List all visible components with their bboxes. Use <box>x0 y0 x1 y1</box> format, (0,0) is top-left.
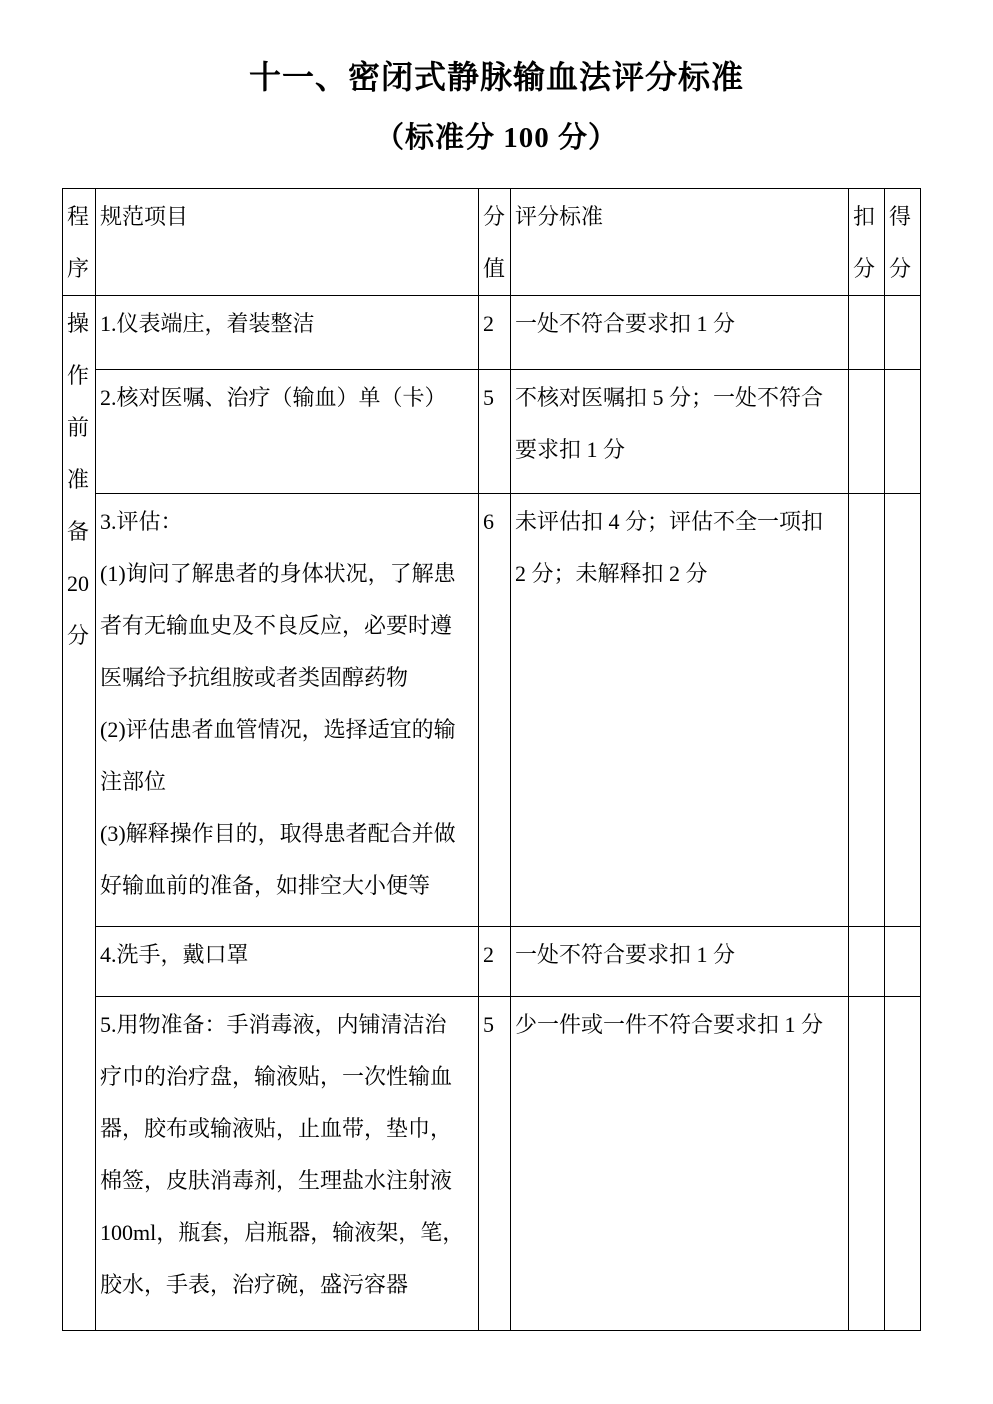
score-value-cell: 6 <box>479 494 511 927</box>
table-row: 4.洗手，戴口罩 2 一处不符合要求扣 1 分 <box>63 927 921 997</box>
gained-cell <box>885 296 921 370</box>
item-cell: 1.仪表端庄，着装整洁 <box>96 296 479 370</box>
criteria-cell: 未评估扣 4 分；评估不全一项扣 2 分；未解释扣 2 分 <box>511 494 849 927</box>
criteria-cell: 不核对医嘱扣 5 分；一处不符合 要求扣 1 分 <box>511 370 849 494</box>
criteria-cell: 一处不符合要求扣 1 分 <box>511 927 849 997</box>
col-header-criteria: 评分标准 <box>511 189 849 296</box>
document-subtitle: （标准分 100 分） <box>0 118 993 158</box>
score-value-cell: 5 <box>479 370 511 494</box>
criteria-cell: 少一件或一件不符合要求扣 1 分 <box>511 997 849 1331</box>
col-header-procedure: 程 序 <box>63 189 96 296</box>
gained-cell <box>885 927 921 997</box>
table-row: 操 作 前 准 备 20 分 1.仪表端庄，着装整洁 2 一处不符合要求扣 1 … <box>63 296 921 370</box>
score-value-cell: 5 <box>479 997 511 1331</box>
item-cell: 4.洗手，戴口罩 <box>96 927 479 997</box>
gained-cell <box>885 494 921 927</box>
item-cell: 2.核对医嘱、治疗（输血）单（卡） <box>96 370 479 494</box>
score-value-cell: 2 <box>479 927 511 997</box>
col-header-score-value: 分 值 <box>479 189 511 296</box>
deduction-cell <box>849 296 885 370</box>
document-page: 十一、密闭式静脉输血法评分标准 （标准分 100 分） 程 序 规范项目 分 值… <box>0 0 993 1404</box>
scoring-table: 程 序 规范项目 分 值 评分标准 扣 分 得 分 操 作 前 准 备 20 分… <box>62 188 921 1331</box>
gained-cell <box>885 370 921 494</box>
deduction-cell <box>849 997 885 1331</box>
table-header-row: 程 序 规范项目 分 值 评分标准 扣 分 得 分 <box>63 189 921 296</box>
criteria-cell: 一处不符合要求扣 1 分 <box>511 296 849 370</box>
deduction-cell <box>849 370 885 494</box>
table-row: 2.核对医嘱、治疗（输血）单（卡） 5 不核对医嘱扣 5 分；一处不符合 要求扣… <box>63 370 921 494</box>
document-title: 十一、密闭式静脉输血法评分标准 <box>0 0 993 98</box>
deduction-cell <box>849 927 885 997</box>
procedure-section-label: 操 作 前 准 备 20 分 <box>63 296 96 1331</box>
gained-cell <box>885 997 921 1331</box>
col-header-gained: 得 分 <box>885 189 921 296</box>
col-header-deduction: 扣 分 <box>849 189 885 296</box>
item-cell: 5.用物准备：手消毒液，内铺清洁治 疗巾的治疗盘，输液贴，一次性输血 器，胶布或… <box>96 997 479 1331</box>
score-value-cell: 2 <box>479 296 511 370</box>
deduction-cell <box>849 494 885 927</box>
item-cell: 3.评估： (1)询问了解患者的身体状况，了解患 者有无输血史及不良反应，必要时… <box>96 494 479 927</box>
col-header-item: 规范项目 <box>96 189 479 296</box>
table-row: 3.评估： (1)询问了解患者的身体状况，了解患 者有无输血史及不良反应，必要时… <box>63 494 921 927</box>
table-row: 5.用物准备：手消毒液，内铺清洁治 疗巾的治疗盘，输液贴，一次性输血 器，胶布或… <box>63 997 921 1331</box>
